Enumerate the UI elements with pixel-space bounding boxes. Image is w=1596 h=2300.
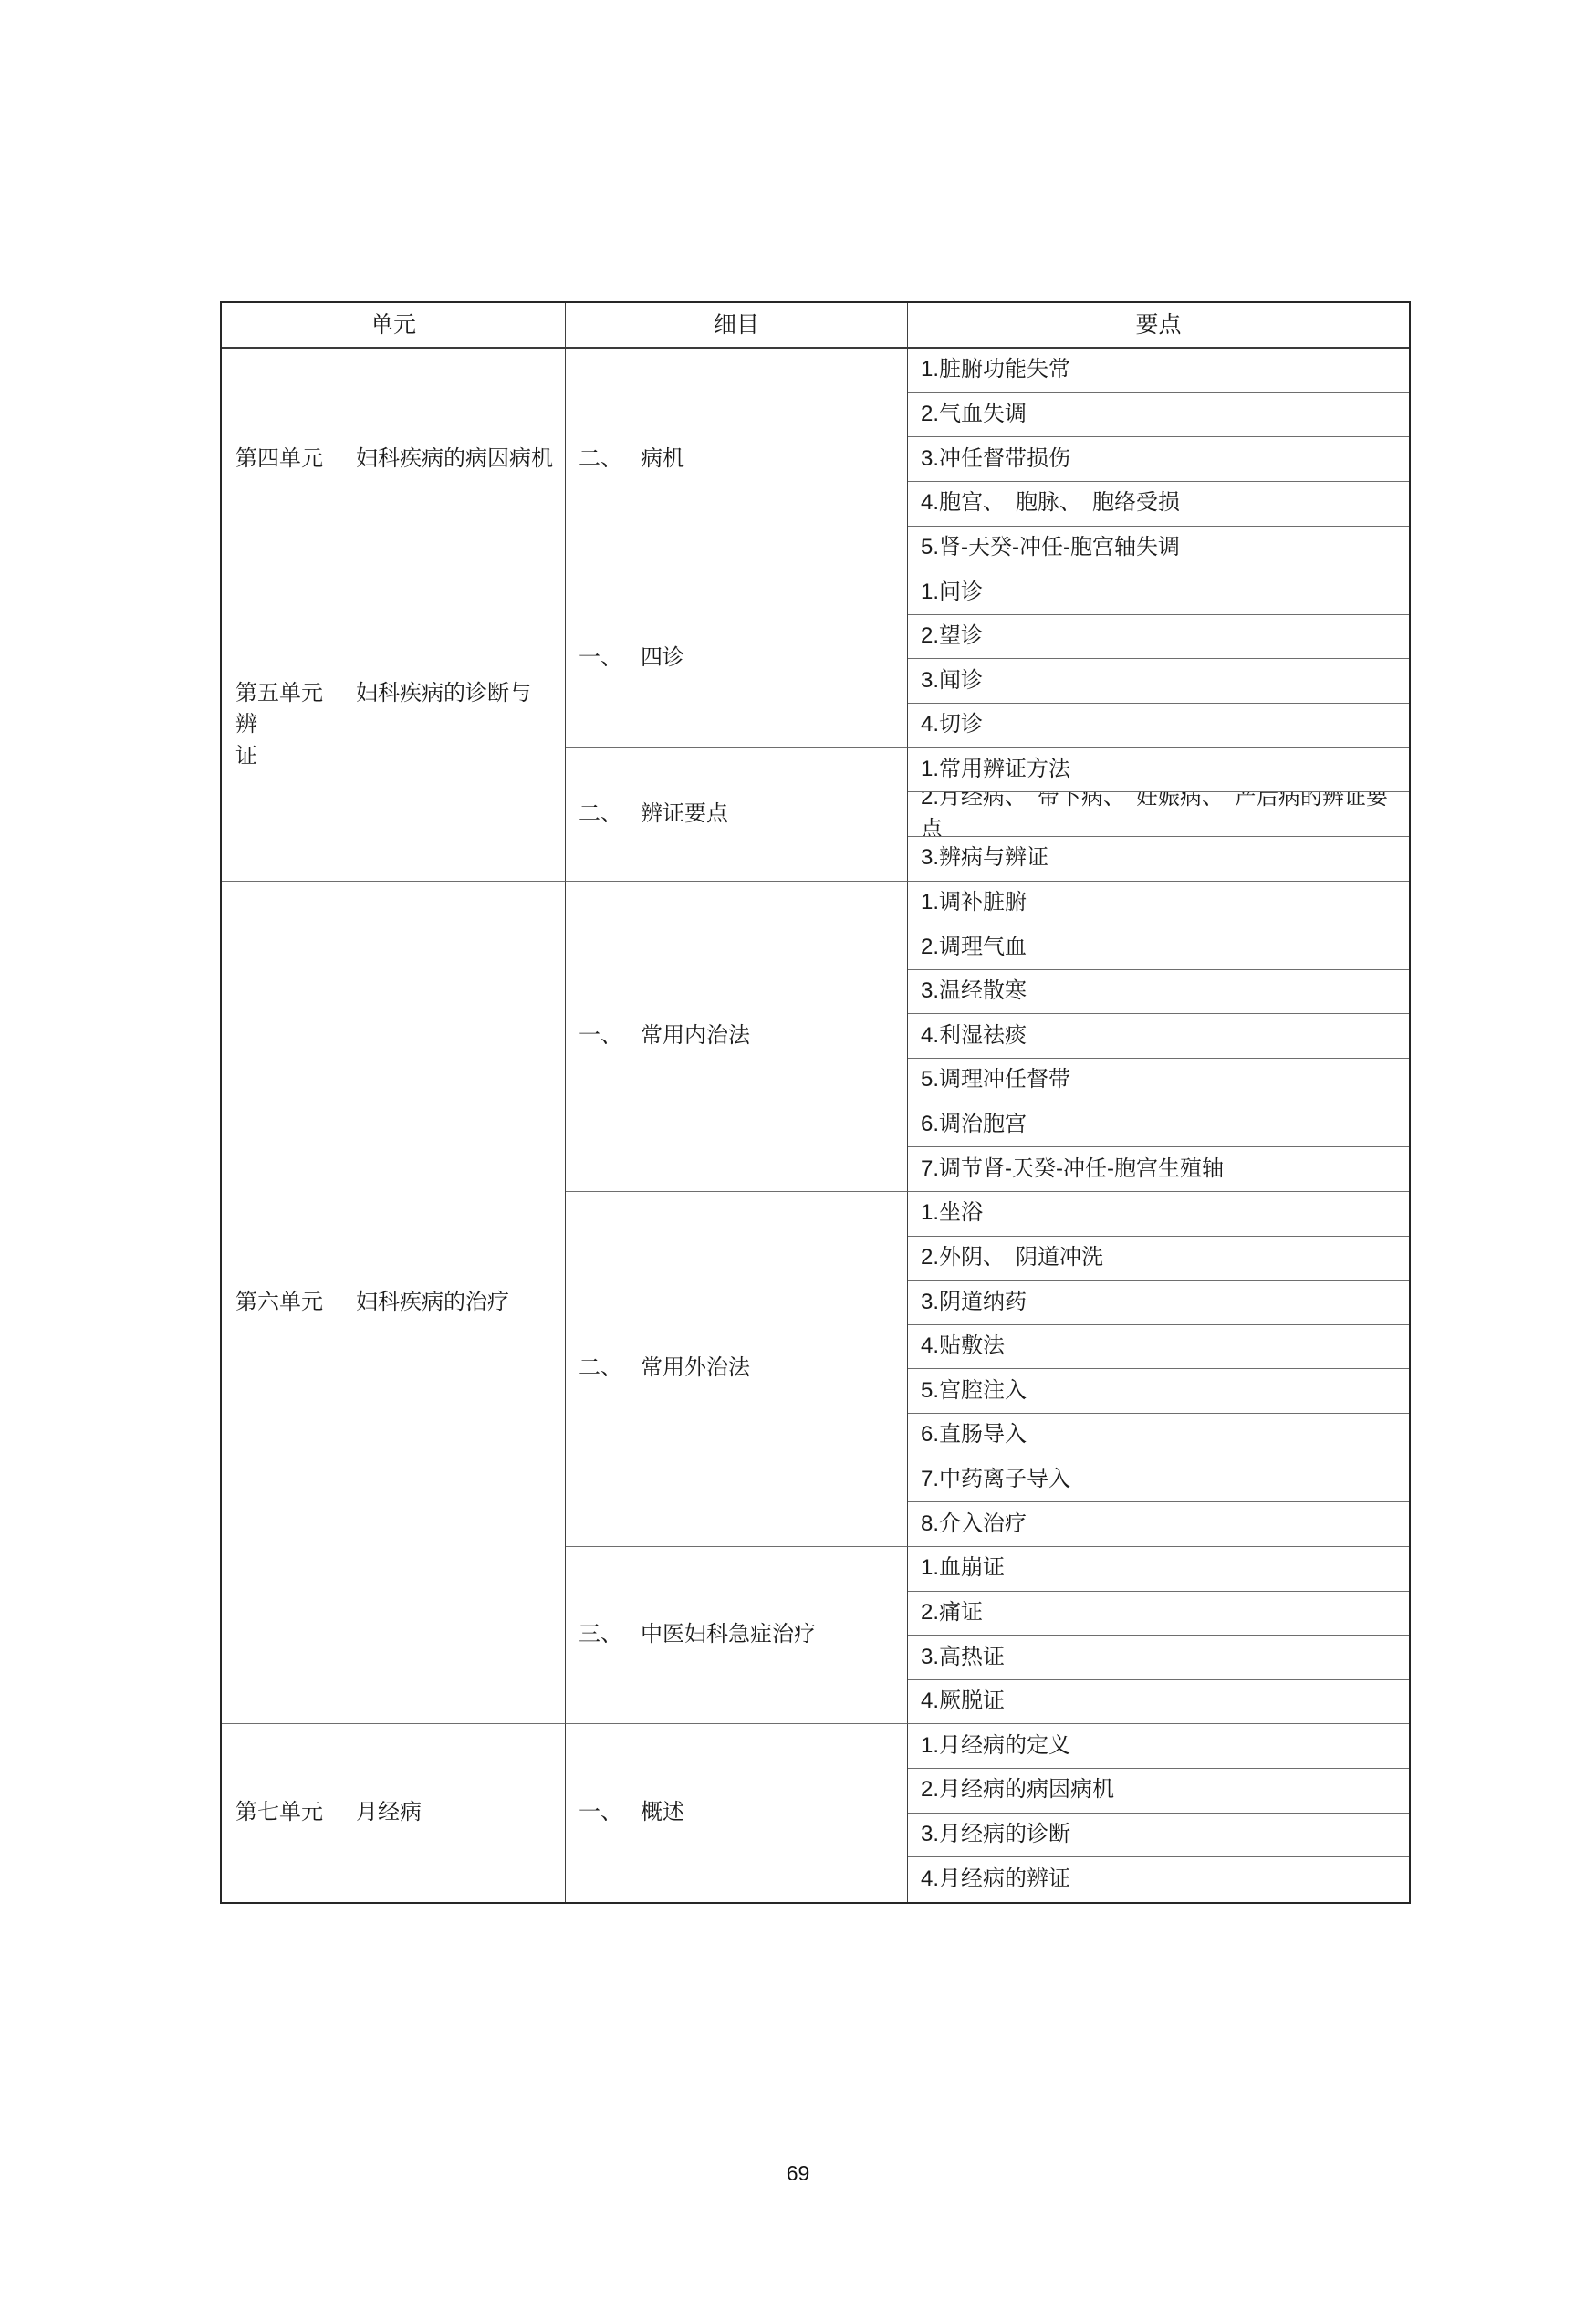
unit-title: 妇科疾病的病因病机 [356, 446, 553, 471]
point-cell: 4.贴敷法 [908, 1325, 1409, 1370]
point-cell: 4.切诊 [908, 704, 1409, 748]
point-cell: 7.调节肾-天癸-冲任-胞宫生殖轴 [908, 1147, 1409, 1192]
point-cell: 2.痛证 [908, 1592, 1409, 1636]
point-cell: 2.月经病、 带下病、 妊娠病、 产后病的辨证要点 [908, 792, 1409, 837]
item-cell: 二、常用外治法 [566, 1192, 908, 1547]
item-number: 二、 [579, 446, 622, 471]
point-cell: 5.宫腔注入 [908, 1369, 1409, 1414]
point-cell: 3.闻诊 [908, 659, 1409, 704]
point-cell: 5.调理冲任督带 [908, 1059, 1409, 1103]
item-cell: 二、病机 [566, 349, 908, 570]
point-cell: 7.中药离子导入 [908, 1458, 1409, 1503]
header-cell-points: 要点 [908, 303, 1409, 349]
syllabus-table: 单元细目要点第四单元妇科疾病的病因病机二、病机1.脏腑功能失常2.气血失调3.冲… [220, 301, 1411, 1904]
point-text: 2.气血失调 [921, 399, 1027, 431]
item-name: 常用内治法 [641, 1023, 750, 1048]
header-label: 要点 [1135, 308, 1181, 341]
point-cell: 2.调理气血 [908, 925, 1409, 970]
point-cell: 1.常用辨证方法 [908, 748, 1409, 793]
point-text: 5.调理冲任督带 [921, 1064, 1070, 1096]
point-cell: 4.厥脱证 [908, 1680, 1409, 1725]
point-text: 3.阴道纳药 [921, 1287, 1027, 1319]
point-text: 4.厥脱证 [921, 1686, 1005, 1718]
point-cell: 3.高热证 [908, 1636, 1409, 1680]
item-cell: 一、常用内治法 [566, 882, 908, 1192]
item-name: 概述 [641, 1800, 684, 1824]
item-cell: 二、辨证要点 [566, 748, 908, 882]
point-text: 3.温经散寒 [921, 976, 1027, 1008]
point-cell: 1.月经病的定义 [908, 1724, 1409, 1769]
point-cell: 8.介入治疗 [908, 1502, 1409, 1547]
point-text: 2.痛证 [921, 1597, 983, 1629]
point-text: 4.胞宫、 胞脉、 胞络受损 [921, 487, 1180, 519]
point-text: 3.冲任督带损伤 [921, 444, 1070, 476]
point-text: 6.调治胞宫 [921, 1109, 1027, 1141]
point-cell: 1.血崩证 [908, 1547, 1409, 1592]
page-number: 69 [0, 2161, 1596, 2186]
point-text: 8.介入治疗 [921, 1509, 1027, 1541]
point-cell: 6.调治胞宫 [908, 1103, 1409, 1148]
point-text: 2.望诊 [921, 621, 983, 653]
unit-number: 第六单元 [235, 1290, 323, 1314]
point-cell: 1.问诊 [908, 570, 1409, 615]
point-text: 7.中药离子导入 [921, 1464, 1070, 1496]
point-cell: 2.气血失调 [908, 393, 1409, 438]
point-text: 7.调节肾-天癸-冲任-胞宫生殖轴 [921, 1154, 1224, 1186]
point-cell: 1.调补脏腑 [908, 882, 1409, 926]
item-name: 四诊 [641, 645, 684, 670]
unit-title: 月经病 [356, 1800, 422, 1824]
unit-number: 第七单元 [235, 1800, 323, 1824]
point-text: 3.闻诊 [921, 665, 983, 697]
point-text: 4.利湿祛痰 [921, 1020, 1027, 1052]
point-text: 4.切诊 [921, 709, 983, 741]
unit-cell: 第七单元月经病 [222, 1724, 566, 1902]
point-text: 2.外阴、 阴道冲洗 [921, 1242, 1103, 1274]
point-cell: 3.冲任督带损伤 [908, 437, 1409, 482]
item-number: 三、 [579, 1622, 622, 1647]
point-text: 1.坐浴 [921, 1197, 983, 1229]
point-cell: 3.辨病与辨证 [908, 837, 1409, 882]
point-text: 2.月经病的病因病机 [921, 1774, 1114, 1806]
point-cell: 4.胞宫、 胞脉、 胞络受损 [908, 482, 1409, 527]
point-cell: 3.温经散寒 [908, 970, 1409, 1015]
header-cell-item: 细目 [566, 303, 908, 349]
point-text: 3.辨病与辨证 [921, 842, 1048, 874]
point-text: 1.血崩证 [921, 1552, 1005, 1584]
point-cell: 4.利湿祛痰 [908, 1014, 1409, 1059]
point-text: 2.月经病、 带下病、 妊娠病、 产后病的辨证要点 [921, 792, 1400, 837]
point-cell: 4.月经病的辨证 [908, 1857, 1409, 1902]
point-cell: 2.月经病的病因病机 [908, 1769, 1409, 1814]
unit-number: 第五单元 [235, 681, 323, 706]
item-cell: 三、中医妇科急症治疗 [566, 1547, 908, 1725]
item-cell: 一、四诊 [566, 570, 908, 748]
point-cell: 5.肾-天癸-冲任-胞宫轴失调 [908, 527, 1409, 571]
point-cell: 3.阴道纳药 [908, 1281, 1409, 1325]
point-text: 4.贴敷法 [921, 1331, 1005, 1363]
item-cell: 一、概述 [566, 1724, 908, 1902]
item-number: 一、 [579, 1023, 622, 1048]
point-text: 1.调补脏腑 [921, 887, 1027, 919]
point-cell: 2.望诊 [908, 615, 1409, 660]
point-text: 3.高热证 [921, 1642, 1005, 1674]
item-number: 一、 [579, 1800, 622, 1824]
unit-number: 第四单元 [235, 446, 323, 471]
item-name: 病机 [641, 446, 684, 471]
item-name: 常用外治法 [641, 1355, 750, 1380]
item-name: 中医妇科急症治疗 [641, 1622, 816, 1647]
point-text: 1.问诊 [921, 577, 983, 609]
point-cell: 1.脏腑功能失常 [908, 349, 1409, 393]
point-text: 5.肾-天癸-冲任-胞宫轴失调 [921, 532, 1180, 564]
point-cell: 2.外阴、 阴道冲洗 [908, 1237, 1409, 1281]
item-number: 二、 [579, 1355, 622, 1380]
item-number: 一、 [579, 645, 622, 670]
header-label: 细目 [714, 308, 759, 341]
unit-cell: 第六单元妇科疾病的治疗 [222, 882, 566, 1725]
point-cell: 1.坐浴 [908, 1192, 1409, 1237]
header-label: 单元 [370, 308, 416, 341]
unit-title: 妇科疾病的治疗 [356, 1290, 509, 1314]
point-cell: 6.直肠导入 [908, 1414, 1409, 1458]
point-text: 1.常用辨证方法 [921, 754, 1070, 786]
point-text: 1.月经病的定义 [921, 1730, 1070, 1762]
point-text: 2.调理气血 [921, 932, 1027, 964]
point-text: 5.宫腔注入 [921, 1375, 1027, 1407]
point-text: 1.脏腑功能失常 [921, 354, 1070, 386]
unit-cell: 第四单元妇科疾病的病因病机 [222, 349, 566, 570]
point-text: 6.直肠导入 [921, 1419, 1027, 1451]
unit-cell: 第五单元妇科疾病的诊断与 辨 证 [222, 570, 566, 881]
point-text: 3.月经病的诊断 [921, 1819, 1070, 1851]
item-name: 辨证要点 [641, 801, 728, 826]
header-cell-unit: 单元 [222, 303, 566, 349]
point-cell: 3.月经病的诊断 [908, 1814, 1409, 1858]
point-text: 4.月经病的辨证 [921, 1864, 1070, 1896]
item-number: 二、 [579, 801, 622, 826]
